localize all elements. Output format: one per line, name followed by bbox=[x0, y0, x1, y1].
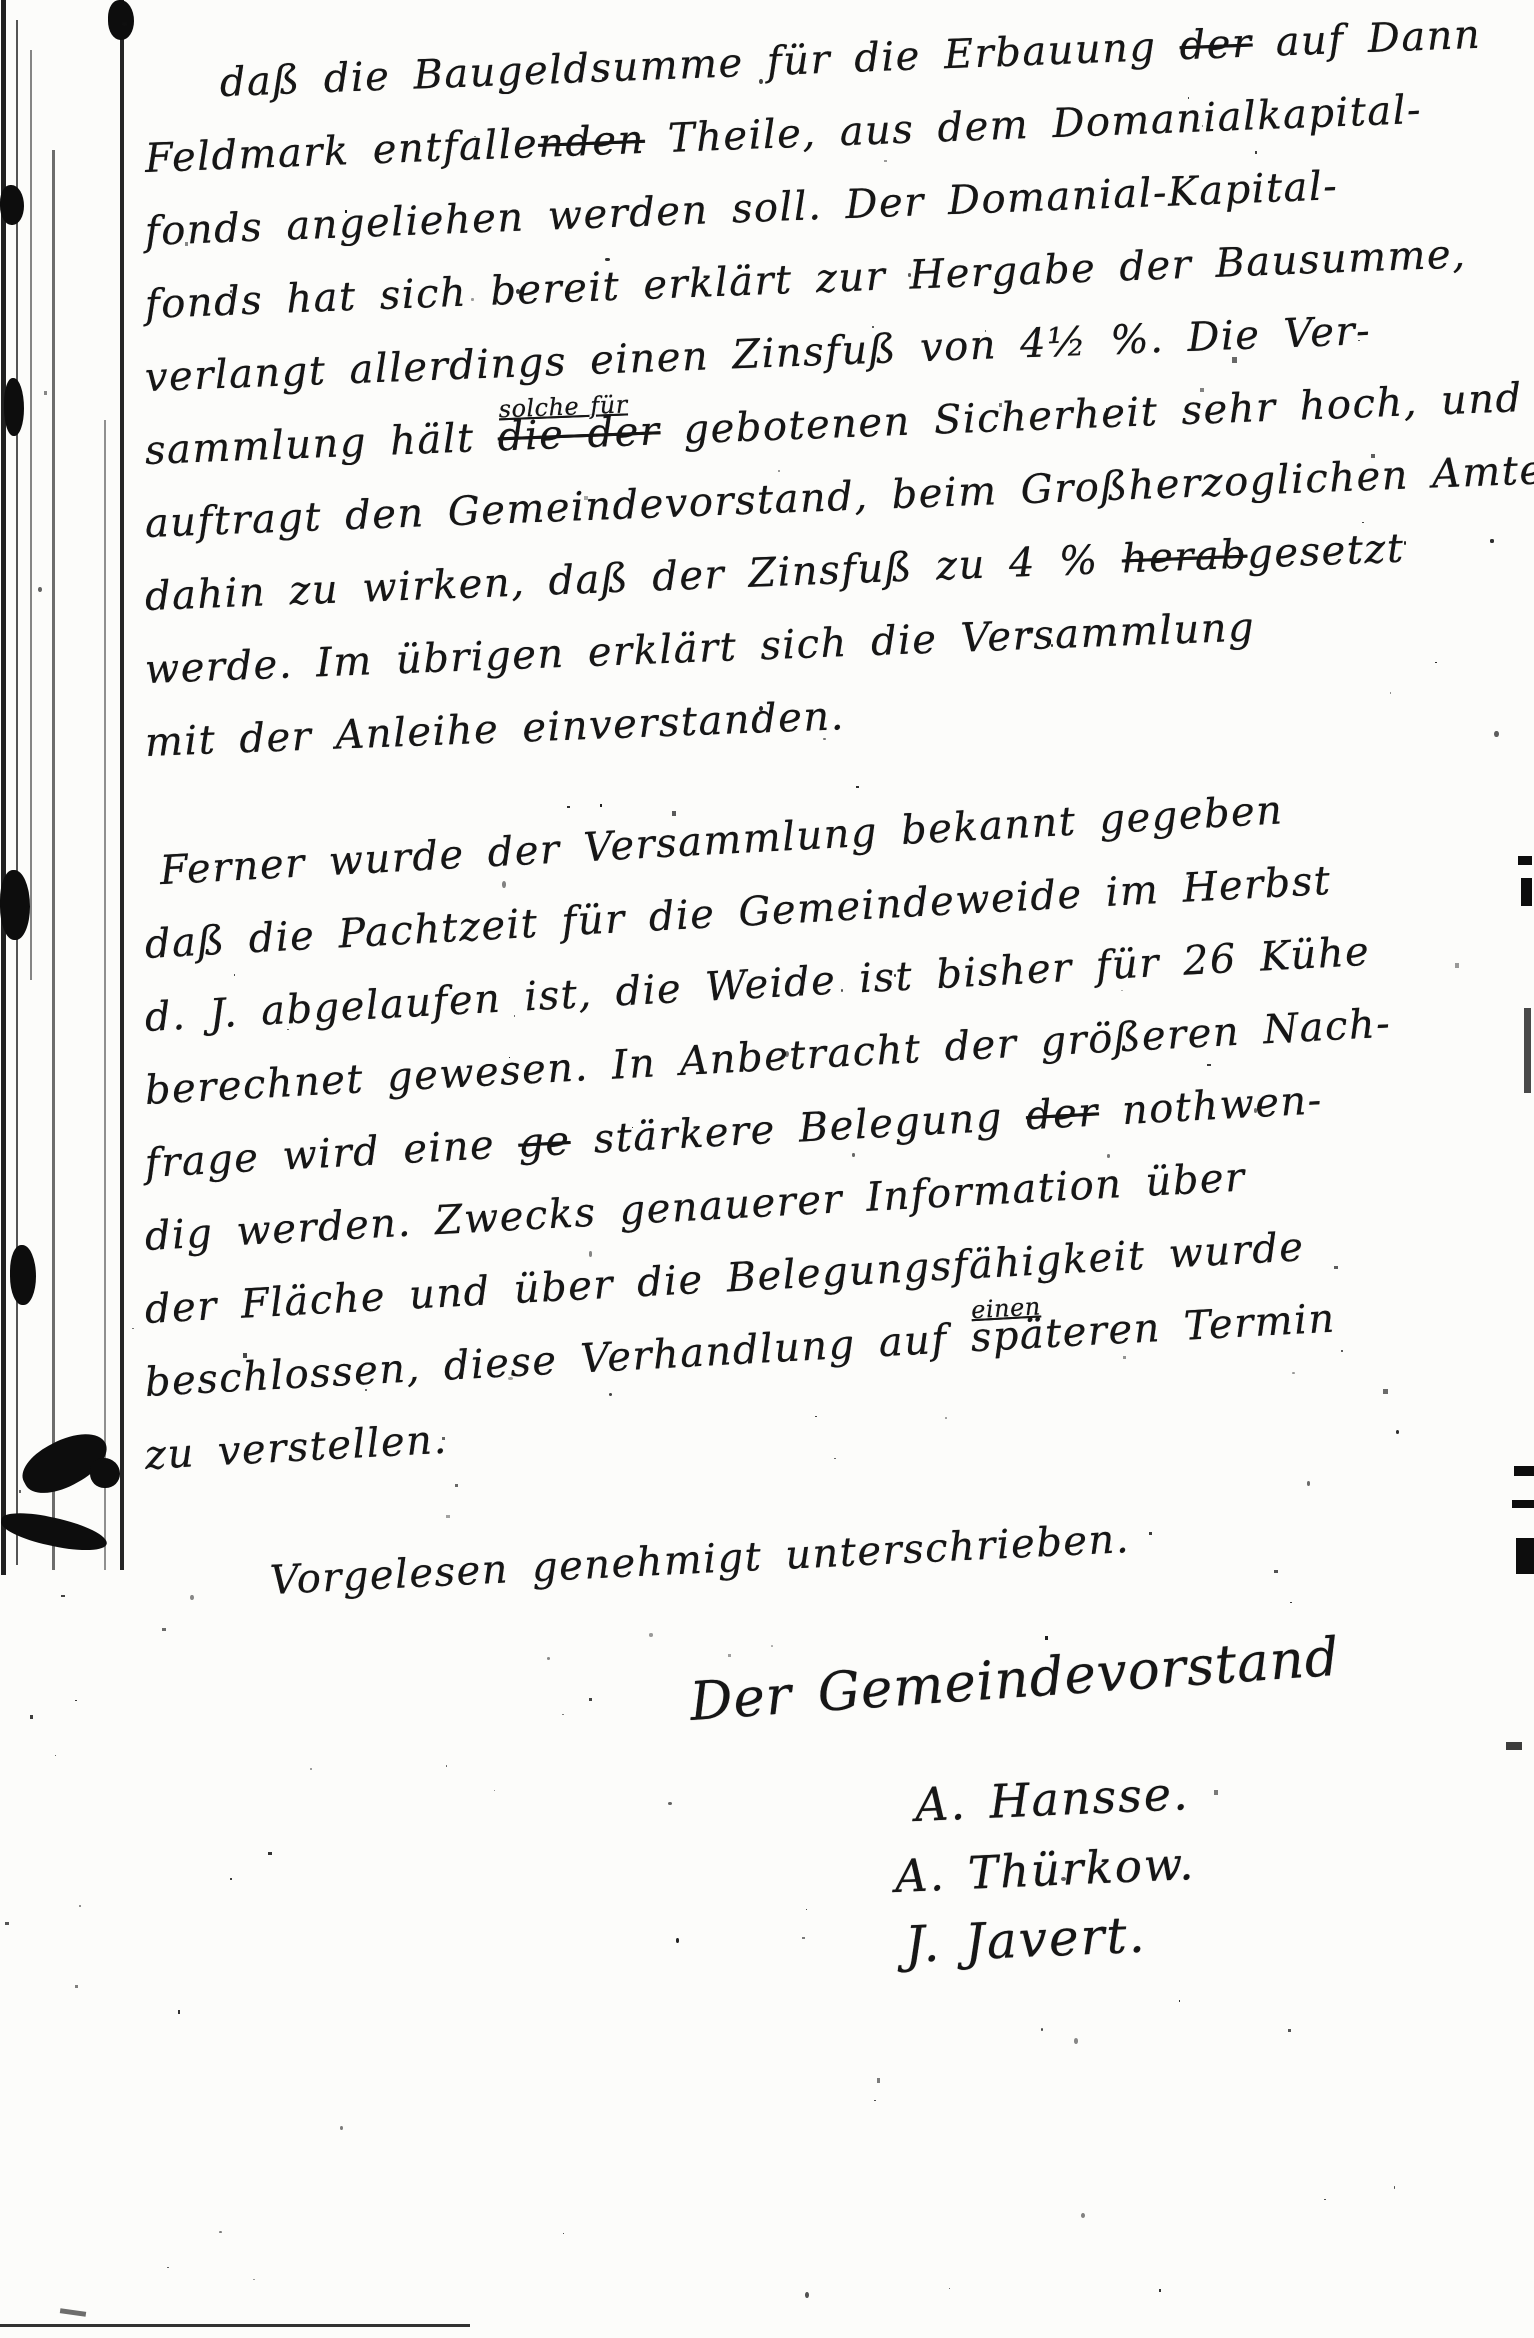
noise-speck bbox=[1494, 731, 1498, 737]
noise-speck bbox=[728, 1654, 731, 1657]
noise-speck bbox=[1081, 2213, 1085, 2218]
noise-speck bbox=[668, 1802, 672, 1805]
text-segment: stärkere Belegung bbox=[569, 1093, 1027, 1164]
noise-speck bbox=[676, 1938, 680, 1943]
page-edge-mark bbox=[1516, 1538, 1534, 1574]
noise-speck bbox=[446, 1515, 450, 1519]
signature: J. Javert. bbox=[904, 1905, 1148, 1973]
signature: A. Thürkow. bbox=[894, 1837, 1196, 1903]
noise-speck bbox=[178, 2010, 181, 2014]
noise-speck bbox=[1394, 2186, 1396, 2188]
inserted-text: solche für bbox=[498, 393, 628, 422]
text-segment: zu verstellen. bbox=[144, 1417, 449, 1479]
noise-speck bbox=[230, 1878, 232, 1880]
page-edge-mark bbox=[1506, 1742, 1522, 1750]
noise-speck bbox=[1214, 1790, 1218, 1795]
struck-text: ge bbox=[517, 1118, 572, 1167]
scanned-document-page: daß die Baugeldsumme für die Erbauung de… bbox=[0, 0, 1534, 2338]
noise-speck bbox=[649, 1633, 653, 1636]
page-edge-mark bbox=[1524, 1008, 1531, 1093]
noise-speck bbox=[877, 2078, 880, 2083]
noise-speck bbox=[268, 1852, 272, 1855]
correction: einenspäteren bbox=[969, 1292, 1163, 1375]
binding-line bbox=[52, 150, 55, 1570]
noise-speck bbox=[1179, 2000, 1181, 2003]
noise-speck bbox=[30, 1715, 34, 1719]
noise-speck bbox=[805, 2292, 809, 2298]
noise-speck bbox=[340, 2126, 343, 2130]
noise-speck bbox=[563, 2233, 564, 2234]
noise-speck bbox=[75, 1985, 79, 1988]
text-segment: Termin bbox=[1160, 1296, 1337, 1351]
noise-speck bbox=[1274, 1570, 1278, 1574]
noise-speck bbox=[75, 1700, 77, 1701]
noise-speck bbox=[1074, 2038, 1078, 2044]
ink-blot bbox=[0, 870, 30, 940]
noise-speck bbox=[162, 1628, 166, 1631]
text-segment: sammlung hält bbox=[144, 414, 499, 474]
noise-speck bbox=[132, 1328, 134, 1330]
text-segment: gesetzt bbox=[1246, 526, 1405, 578]
noise-speck bbox=[190, 1595, 194, 1600]
closing-formula: Vorgelesen genehmigt unterschrieben. bbox=[269, 1516, 1131, 1604]
ink-blot bbox=[90, 1458, 120, 1488]
noise-speck bbox=[771, 1645, 774, 1647]
noise-speck bbox=[1149, 1532, 1152, 1535]
signature: A. Hansse. bbox=[914, 1766, 1191, 1832]
noise-speck bbox=[446, 1765, 448, 1767]
page-edge-mark bbox=[0, 2324, 470, 2327]
binding-line bbox=[30, 50, 32, 980]
page-edge-mark bbox=[1518, 856, 1532, 865]
struck-text: der bbox=[1025, 1089, 1100, 1139]
noise-speck bbox=[79, 1905, 82, 1907]
noise-speck bbox=[19, 1490, 21, 1492]
struck-text: der bbox=[1179, 20, 1254, 69]
noise-speck bbox=[1490, 539, 1493, 542]
noise-speck bbox=[1045, 1636, 1048, 1640]
noise-speck bbox=[1324, 2199, 1326, 2201]
binding-line bbox=[1, 0, 6, 1575]
noise-speck bbox=[5, 1922, 9, 1925]
noise-speck bbox=[1159, 2289, 1161, 2292]
noise-speck bbox=[38, 587, 42, 592]
text-segment: mit der Anleihe einverstanden. bbox=[144, 693, 846, 766]
ink-blot bbox=[4, 378, 24, 436]
correction: solche fürdie der bbox=[496, 395, 661, 474]
noise-speck bbox=[1290, 1602, 1292, 1603]
text-segment: frage wird eine bbox=[144, 1121, 520, 1187]
binding-line bbox=[104, 420, 106, 1570]
inserted-text: einen bbox=[971, 1295, 1042, 1323]
ink-blot bbox=[10, 1245, 36, 1305]
binding-line bbox=[120, 0, 124, 1570]
text-segment: auf Dann bbox=[1252, 12, 1482, 67]
paragraph: Ferner wurde der Versammlung bekannt geg… bbox=[145, 836, 1485, 1493]
page-edge-mark bbox=[1512, 1500, 1534, 1508]
ink-blot bbox=[0, 185, 24, 225]
noise-speck bbox=[122, 22, 126, 26]
text-segment: Feldmark entfalle bbox=[144, 121, 539, 182]
noise-speck bbox=[949, 2288, 951, 2289]
noise-speck bbox=[802, 1937, 805, 1939]
paragraph: daß die Baugeldsumme für die Erbauung de… bbox=[145, 50, 1485, 780]
noise-speck bbox=[61, 1595, 65, 1598]
noise-speck bbox=[55, 1755, 56, 1756]
handwritten-text-block: daß die Baugeldsumme für die Erbauung de… bbox=[145, 50, 1485, 1493]
signature-role: Der Gemeindevorstand bbox=[688, 1627, 1342, 1733]
binding-line bbox=[16, 20, 18, 1565]
noise-speck bbox=[1041, 2028, 1043, 2031]
page-edge-mark bbox=[1521, 878, 1532, 906]
ink-blot bbox=[108, 0, 134, 40]
noise-speck bbox=[589, 1698, 592, 1700]
noise-speck bbox=[547, 1657, 550, 1660]
noise-speck bbox=[562, 1714, 564, 1715]
noise-speck bbox=[494, 1790, 495, 1791]
struck-text: nden bbox=[537, 117, 645, 167]
noise-speck bbox=[1288, 2029, 1291, 2032]
noise-speck bbox=[167, 2267, 169, 2269]
struck-text: herab bbox=[1121, 532, 1248, 583]
noise-speck bbox=[253, 2279, 255, 2280]
page-edge-mark bbox=[1514, 1466, 1534, 1476]
noise-speck bbox=[44, 391, 47, 395]
noise-speck bbox=[806, 1909, 807, 1911]
noise-speck bbox=[310, 1768, 312, 1771]
text-segment: nothwen- bbox=[1098, 1077, 1324, 1135]
page-edge-mark bbox=[60, 2308, 86, 2317]
noise-speck bbox=[219, 2231, 222, 2233]
noise-speck bbox=[874, 2100, 876, 2101]
